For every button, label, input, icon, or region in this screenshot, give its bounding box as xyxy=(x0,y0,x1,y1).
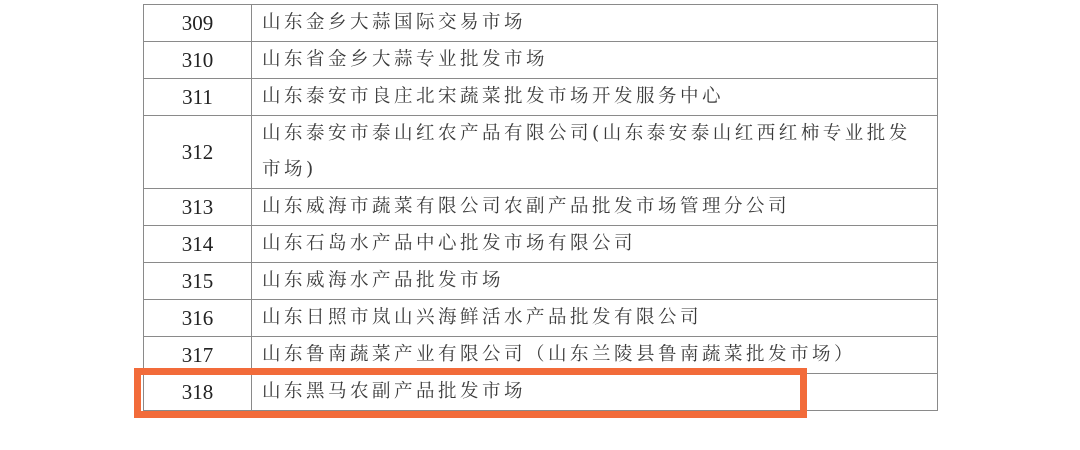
market-name: 山东威海水产品批发市场 xyxy=(252,263,938,300)
row-number: 311 xyxy=(144,79,252,116)
market-name: 山东鲁南蔬菜产业有限公司（山东兰陵县鲁南蔬菜批发市场） xyxy=(252,337,938,374)
table-row: 310 山东省金乡大蒜专业批发市场 xyxy=(144,42,938,79)
row-number: 316 xyxy=(144,300,252,337)
table-row-highlighted: 318 山东黑马农副产品批发市场 xyxy=(144,374,938,411)
table-row: 313 山东威海市蔬菜有限公司农副产品批发市场管理分公司 xyxy=(144,189,938,226)
row-number: 315 xyxy=(144,263,252,300)
market-name: 山东泰安市泰山红农产品有限公司(山东泰安泰山红西红柿专业批发市场) xyxy=(252,116,938,189)
table-row: 315 山东威海水产品批发市场 xyxy=(144,263,938,300)
row-number: 314 xyxy=(144,226,252,263)
market-name: 山东黑马农副产品批发市场 xyxy=(252,374,938,411)
market-list-table: 309 山东金乡大蒜国际交易市场 310 山东省金乡大蒜专业批发市场 311 山… xyxy=(143,4,938,411)
table-row: 317 山东鲁南蔬菜产业有限公司（山东兰陵县鲁南蔬菜批发市场） xyxy=(144,337,938,374)
row-number: 318 xyxy=(144,374,252,411)
market-name: 山东金乡大蒜国际交易市场 xyxy=(252,5,938,42)
table-row: 311 山东泰安市良庄北宋蔬菜批发市场开发服务中心 xyxy=(144,79,938,116)
row-number: 312 xyxy=(144,116,252,189)
table-row: 312 山东泰安市泰山红农产品有限公司(山东泰安泰山红西红柿专业批发市场) xyxy=(144,116,938,189)
table-row: 309 山东金乡大蒜国际交易市场 xyxy=(144,5,938,42)
market-name: 山东日照市岚山兴海鲜活水产品批发有限公司 xyxy=(252,300,938,337)
market-name: 山东威海市蔬菜有限公司农副产品批发市场管理分公司 xyxy=(252,189,938,226)
row-number: 313 xyxy=(144,189,252,226)
market-name: 山东泰安市良庄北宋蔬菜批发市场开发服务中心 xyxy=(252,79,938,116)
table-row: 314 山东石岛水产品中心批发市场有限公司 xyxy=(144,226,938,263)
market-name: 山东石岛水产品中心批发市场有限公司 xyxy=(252,226,938,263)
table-row: 316 山东日照市岚山兴海鲜活水产品批发有限公司 xyxy=(144,300,938,337)
row-number: 309 xyxy=(144,5,252,42)
market-name: 山东省金乡大蒜专业批发市场 xyxy=(252,42,938,79)
row-number: 310 xyxy=(144,42,252,79)
row-number: 317 xyxy=(144,337,252,374)
